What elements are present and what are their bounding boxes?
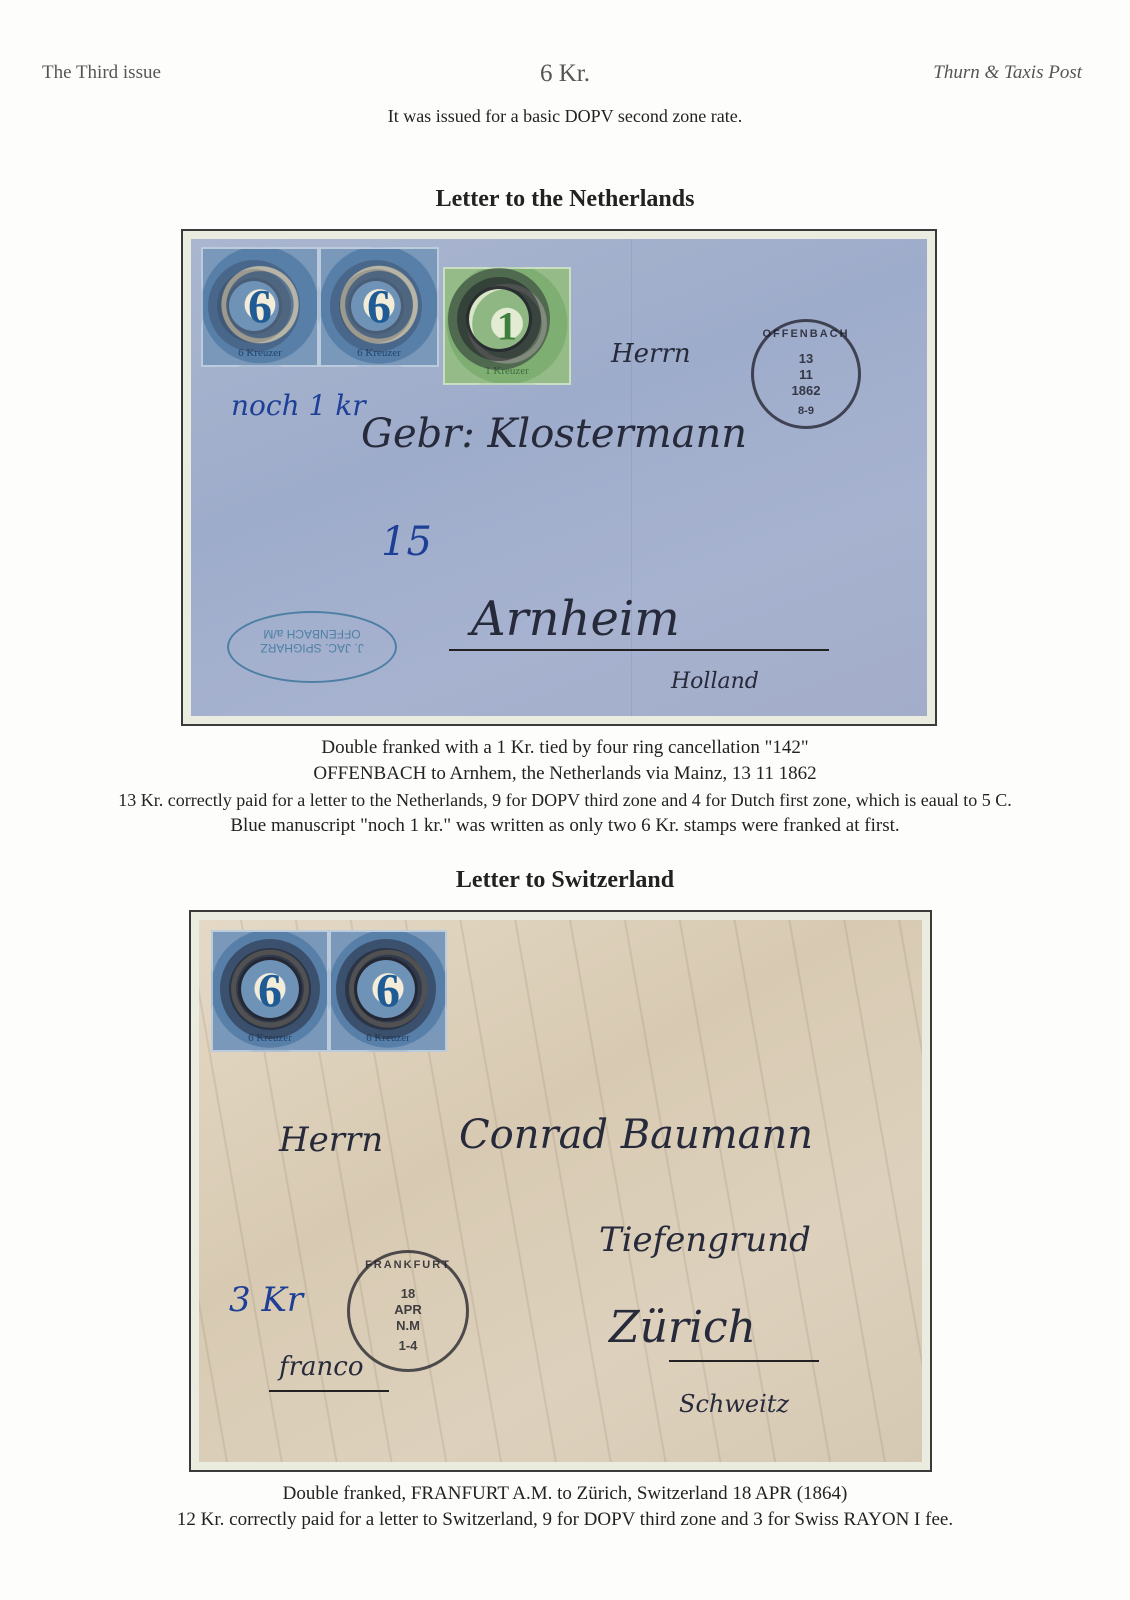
four-ring-cancel-icon <box>469 289 529 349</box>
header-collection-label: Thurn & Taxis Post <box>933 62 1082 84</box>
postmark-frankfurt: FRANKFURT 18 APR N.M 1-4 <box>347 1250 469 1372</box>
destination-country: Holland <box>671 669 759 694</box>
caption-netherlands-3: 13 Kr. correctly paid for a letter to th… <box>0 787 1130 813</box>
caption-switzerland-2: 12 Kr. correctly paid for a letter to Sw… <box>0 1507 1130 1533</box>
ring-cancel-icon <box>357 960 415 1018</box>
ring-cancel-icon <box>241 960 299 1018</box>
destination-city: Zürich <box>609 1302 756 1353</box>
rate-manuscript: 3 Kr <box>229 1280 303 1320</box>
franco-manuscript: franco <box>279 1352 364 1382</box>
addressee: Conrad Baumann <box>459 1112 813 1158</box>
destination-city: Arnheim <box>471 591 680 647</box>
cover-netherlands-frame: 6 6 Kreuzer 6 6 Kreuzer 1 1 Kreuzer OFFE… <box>181 229 937 726</box>
manuscript-note: noch 1 kr <box>231 389 366 422</box>
caption-netherlands-1: Double franked with a 1 Kr. tied by four… <box>0 735 1130 761</box>
addressee: Gebr: Klostermann <box>361 411 747 457</box>
cover-switzerland-frame: 6 6 Kreuzer 6 6 Kreuzer Herrn Conrad Bau… <box>189 910 932 1472</box>
salutation: Herrn <box>279 1120 383 1160</box>
ring-cancel-icon <box>229 281 279 331</box>
street: Tiefengrund <box>599 1220 811 1260</box>
caption-switzerland-1: Double franked, FRANFURT A.M. to Zürich,… <box>0 1481 1130 1507</box>
rate-manuscript: 15 <box>381 519 432 565</box>
sender-oval-handstamp: J. JAC. SPIGHARZ OFFENBACH a/M <box>227 611 397 683</box>
caption-netherlands-2: OFFENBACH to Arnhem, the Netherlands via… <box>0 761 1130 787</box>
section-title-netherlands: Letter to the Netherlands <box>0 186 1130 213</box>
cover-netherlands: 6 6 Kreuzer 6 6 Kreuzer 1 1 Kreuzer OFFE… <box>191 239 927 716</box>
salutation: Herrn <box>611 339 691 369</box>
intro-text: It was issued for a basic DOPV second zo… <box>0 106 1130 127</box>
destination-country: Schweitz <box>679 1390 789 1418</box>
ring-cancel-icon <box>351 281 401 331</box>
cover-switzerland: 6 6 Kreuzer 6 6 Kreuzer Herrn Conrad Bau… <box>199 920 922 1462</box>
caption-netherlands-4: Blue manuscript "noch 1 kr." was written… <box>0 813 1130 839</box>
postmark-offenbach: OFFENBACH 13 11 1862 8-9 <box>751 319 861 429</box>
section-title-switzerland: Letter to Switzerland <box>0 867 1130 894</box>
